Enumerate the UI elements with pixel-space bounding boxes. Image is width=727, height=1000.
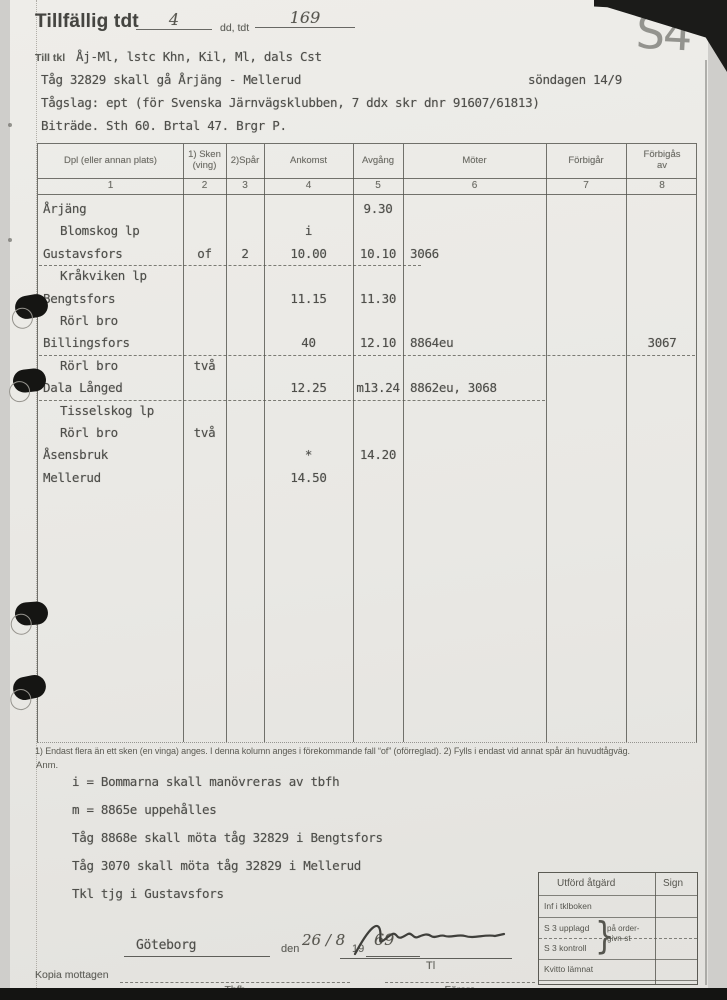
pencil-speck [8,238,12,242]
cell-forbigar [546,243,626,265]
cell-forbigar [546,265,626,287]
cell-ankomst: 10.00 [264,243,353,265]
column-number: 1 [38,178,183,194]
cell-sken [183,332,226,354]
cell-avgang [353,220,403,242]
cell-spar [226,444,264,466]
dd-tdt-label: dd, tdt [220,22,249,34]
cell-ankomst [264,422,353,444]
cell-avgang: 9.30 [353,198,403,220]
den-label: den [281,943,299,955]
place-underline [124,938,270,957]
column-header: 1) Sken (ving) [183,144,226,178]
brace-note-line2: givn-st [607,934,631,943]
cell-moter [403,467,546,489]
timetable-row: Kråkviken lp [38,265,696,287]
cell-moter: 8862eu, 3068 [403,377,546,399]
cell-sken [183,288,226,310]
tagslag-line: Tågslag: ept (för Svenska Järnvägsklubbe… [41,95,540,110]
sign-column-header: Sign [663,878,683,889]
kopia-label: Kopia mottagen [35,969,109,981]
cell-sken [183,467,226,489]
box-header-row: Utförd åtgärd Sign [539,873,697,896]
column-number: 2 [183,178,226,194]
day-month-handwritten: 26 / 8 [302,931,345,949]
cell-spar [226,220,264,242]
column-header: Dpl (eller annan plats) [38,144,183,178]
timetable-row: Blomskog lp i [38,220,696,242]
tdt-number-field: 4 [136,10,212,30]
column-number: 4 [264,178,353,194]
cell-sken: två [183,422,226,444]
column-number: 6 [403,178,546,194]
cell-ankomst: 11.15 [264,288,353,310]
timetable-row: Gustavsfors of 2 10.00 10.10 3066 [38,243,696,265]
cell-dpl: Gustavsfors [38,243,183,265]
column-header: Förbigår [546,144,626,178]
timetable-row: Mellerud 14.50 [38,467,696,489]
cell-sken [183,444,226,466]
timetable-body: Årjäng 9.30 Blomskog lp i [38,195,696,489]
cell-sken [183,265,226,287]
cell-dpl: Tisselskog lp [38,400,183,422]
cell-forbigas [626,198,698,220]
forare-signature-line [385,966,535,983]
cell-sken [183,198,226,220]
cell-dpl: Rörl bro [38,310,183,332]
cell-ankomst: 40 [264,332,353,354]
box-row-label: S 3 upplagd [544,923,589,933]
cell-forbigas [626,422,698,444]
column-number: 7 [546,178,626,194]
cell-sken [183,377,226,399]
cell-forbigar [546,400,626,422]
action-sign-box: Utförd åtgärd Sign Inf i tklboken S 3 up… [538,872,698,985]
cell-spar [226,332,264,354]
cell-moter [403,422,546,444]
cell-avgang: 12.10 [353,332,403,354]
cell-avgang: 11.30 [353,288,403,310]
cell-avgang: 14.20 [353,444,403,466]
cell-spar [226,265,264,287]
cell-sken [183,400,226,422]
timetable-number-row: 12345678 [38,178,696,194]
form-title: Tillfällig tdt [35,11,139,33]
cell-dpl: Årjäng [38,198,183,220]
scan-bottom-edge [0,988,727,1000]
cell-spar [226,198,264,220]
cell-forbigas [626,467,698,489]
column-header: Förbigås av [626,144,698,178]
cell-forbigas [626,243,698,265]
column-number: 5 [353,178,403,194]
timetable-header-row: Dpl (eller annan plats)1) Sken (ving)2)S… [38,144,696,178]
cell-forbigas [626,377,698,399]
timetable-row: Tisselskog lp [38,400,696,422]
cell-ankomst: i [264,220,353,242]
note-line: m = 8865e uppehålles [72,796,383,824]
timetable-row: Åsensbruk * 14.20 [38,444,696,466]
typed-notes: i = Bommarna skall manövreras av tbfhm =… [72,768,383,908]
timetable-row: Dala Långed 12.25 m13.24 8862eu, 3068 [38,377,696,399]
cell-forbigar [546,220,626,242]
cell-forbigar [546,444,626,466]
cell-forbigar [546,310,626,332]
cell-avgang [353,265,403,287]
cell-dpl: Rörl bro [38,422,183,444]
cell-dpl: Billingsfors [38,332,183,354]
cell-ankomst [264,400,353,422]
box-row-label: S 3 kontroll [544,943,587,953]
cell-moter [403,444,546,466]
pencil-speck [8,123,12,127]
cell-spar [226,422,264,444]
column-number: 3 [226,178,264,194]
cell-forbigas [626,265,698,287]
cell-moter [403,355,546,377]
cell-dpl: Kråkviken lp [38,265,183,287]
cell-forbigas [626,288,698,310]
cell-forbigas [626,444,698,466]
cell-spar [226,288,264,310]
cell-moter [403,288,546,310]
column-header: Avgång [353,144,403,178]
timetable: Dpl (eller annan plats)1) Sken (ving)2)S… [37,143,697,743]
cell-avgang [353,467,403,489]
cell-spar [226,310,264,332]
cell-avgang [353,310,403,332]
till-tkl-label: Till tkl [35,52,65,64]
note-line: i = Bommarna skall manövreras av tbfh [72,768,383,796]
cell-ankomst: * [264,444,353,466]
cell-ankomst [264,198,353,220]
paper-right-edge [705,60,707,985]
cell-avgang: 10.10 [353,243,403,265]
cell-sken: två [183,355,226,377]
box-row-label: Inf i tklboken [544,901,592,911]
timetable-row: Rörl bro två [38,355,696,377]
cell-avgang [353,355,403,377]
cell-moter: 3066 [403,243,546,265]
signature-underline [340,940,512,959]
cell-dpl: Dala Långed [38,377,183,399]
cell-dpl: Mellerud [38,467,183,489]
timetable-row: Billingsfors 40 12.10 8864eu 3067 [38,332,696,354]
cell-spar [226,400,264,422]
timetable-row: Rörl bro [38,310,696,332]
cell-forbigar [546,332,626,354]
anm-label: Anm. [36,760,58,771]
cell-forbigas [626,310,698,332]
bitrade-line: Biträde. Sth 60. Brtal 47. Brgr P. [41,118,287,133]
cell-moter [403,198,546,220]
cell-sken [183,310,226,332]
action-column-header: Utförd åtgärd [557,878,615,889]
cell-moter [403,400,546,422]
cell-avgang: m13.24 [353,377,403,399]
cell-sken: of [183,243,226,265]
box-row-label: Kvitto lämnat [544,964,593,974]
box-row: Inf i tklboken [539,895,697,918]
cell-ankomst [264,265,353,287]
cell-spar [226,355,264,377]
cell-spar [226,377,264,399]
tbfh-signature-line [120,966,350,983]
note-line: Tåg 3070 skall möta tåg 32829 i Mellerud [72,852,383,880]
cell-spar [226,467,264,489]
cell-avgang [353,422,403,444]
note-line: Tkl tjg i Gustavsfors [72,880,383,908]
column-header: Ankomst [264,144,353,178]
cell-ankomst [264,310,353,332]
cell-moter [403,310,546,332]
form-footnote: 1) Endast flera än ett sken (en vinga) a… [35,746,703,756]
train-line: Tåg 32829 skall gå Årjäng - Mellerud [41,72,301,87]
timetable-row: Årjäng 9.30 [38,198,696,220]
cell-sken [183,220,226,242]
cell-forbigar [546,355,626,377]
cell-forbigas: 3067 [626,332,698,354]
box-row: Kvitto lämnat [539,959,697,981]
cell-forbigar [546,198,626,220]
cell-ankomst: 12.25 [264,377,353,399]
cell-moter [403,265,546,287]
note-line: Tåg 8868e skall möta tåg 32829 i Bengtsf… [72,824,383,852]
cell-forbigar [546,288,626,310]
cell-forbigar [546,467,626,489]
cell-ankomst: 14.50 [264,467,353,489]
cell-dpl: Bengtsfors [38,288,183,310]
cell-ankomst [264,355,353,377]
cell-dpl: Blomskog lp [38,220,183,242]
cell-forbigas [626,220,698,242]
cell-forbigas [626,400,698,422]
date-note: söndagen 14/9 [528,72,622,87]
column-header: Möter [403,144,546,178]
column-number: 8 [626,178,698,194]
brace-note: på order- givn-st [607,924,639,944]
cell-spar: 2 [226,243,264,265]
cell-dpl: Rörl bro [38,355,183,377]
dd-tdt-number-field: 169 [255,8,355,28]
cell-forbigas [626,355,698,377]
timetable-row: Bengtsfors 11.15 11.30 [38,288,696,310]
brace-note-line1: på order- [607,924,639,933]
header-divider [38,178,696,179]
cell-moter: 8864eu [403,332,546,354]
cell-forbigar [546,377,626,399]
cell-moter [403,220,546,242]
till-tkl-value: Åj-Ml, lstc Khn, Kil, Ml, dals Cst [76,49,322,64]
cell-forbigar [546,422,626,444]
column-header: 2)Spår [226,144,264,178]
cell-dpl: Åsensbruk [38,444,183,466]
scanned-page: Tillfällig tdt 4 dd, tdt 169 S4 Till tkl… [0,0,727,1000]
cell-avgang [353,400,403,422]
timetable-row: Rörl bro två [38,422,696,444]
